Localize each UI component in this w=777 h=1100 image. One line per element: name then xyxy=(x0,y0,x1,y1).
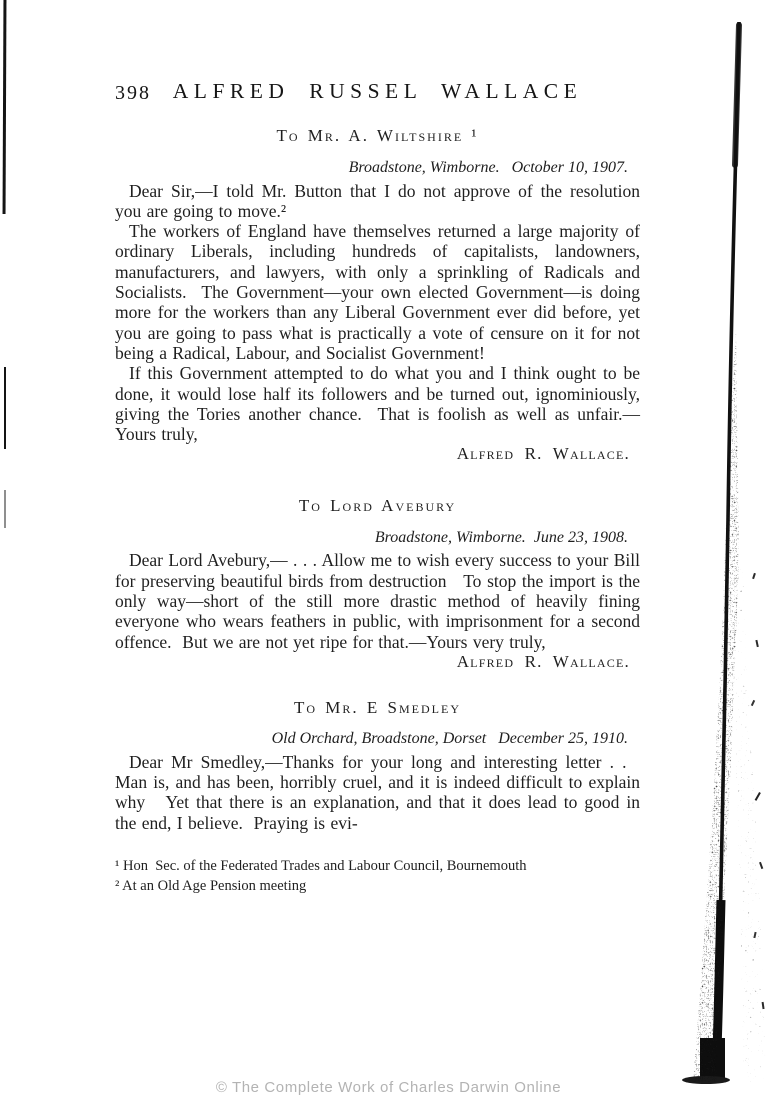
letter-1-dateline: Broadstone, Wimborne. October 10, 1907. xyxy=(115,158,640,178)
scanned-book-page: 398 ALFRED RUSSEL WALLACE To Mr. A. Wilt… xyxy=(0,0,777,1100)
letter-2-paragraph: Dear Lord Avebury,— . . . Allow me to wi… xyxy=(115,550,640,651)
gutter-noise-band xyxy=(693,330,739,1082)
letter-2-signature: Alfred R. Wallace. xyxy=(115,652,640,672)
book-gutter-scan-artifact xyxy=(680,0,777,1100)
letter-2-dateline: Broadstone, Wimborne. June 23, 1908. xyxy=(115,528,640,548)
scan-edge-line-faint xyxy=(4,490,6,528)
scan-edge-line-top xyxy=(3,0,6,214)
footnote-1: ¹ Hon Sec. of the Federated Trades and L… xyxy=(115,856,640,876)
footnote-2: ² At an Old Age Pension meeting xyxy=(115,876,640,896)
watermark-text: © The Complete Work of Charles Darwin On… xyxy=(0,1079,777,1096)
letter-1-paragraph: If this Government attempted to do what … xyxy=(115,363,640,444)
letter-3-paragraph: Dear Mr Smedley,—Thanks for your long an… xyxy=(115,752,640,833)
footnotes: ¹ Hon Sec. of the Federated Trades and L… xyxy=(115,856,640,896)
letter-3-heading: To Mr. E Smedley xyxy=(115,698,640,718)
letters-flow: To Mr. A. Wiltshire ¹ Broadstone, Wimbor… xyxy=(115,0,640,896)
letter-2-heading: To Lord Avebury xyxy=(115,496,640,516)
letter-3-dateline: Old Orchard, Broadstone, Dorset December… xyxy=(115,729,640,749)
scan-edge-line-middle xyxy=(4,367,6,449)
letter-1-paragraph: The workers of England have themselves r… xyxy=(115,221,640,363)
letter-1-signature: Alfred R. Wallace. xyxy=(115,444,640,464)
gutter-noise-sparse xyxy=(736,560,766,1082)
letter-1-paragraph: Dear Sir,—I told Mr. Button that I do no… xyxy=(115,181,640,222)
letter-1-heading: To Mr. A. Wiltshire ¹ xyxy=(115,126,640,146)
